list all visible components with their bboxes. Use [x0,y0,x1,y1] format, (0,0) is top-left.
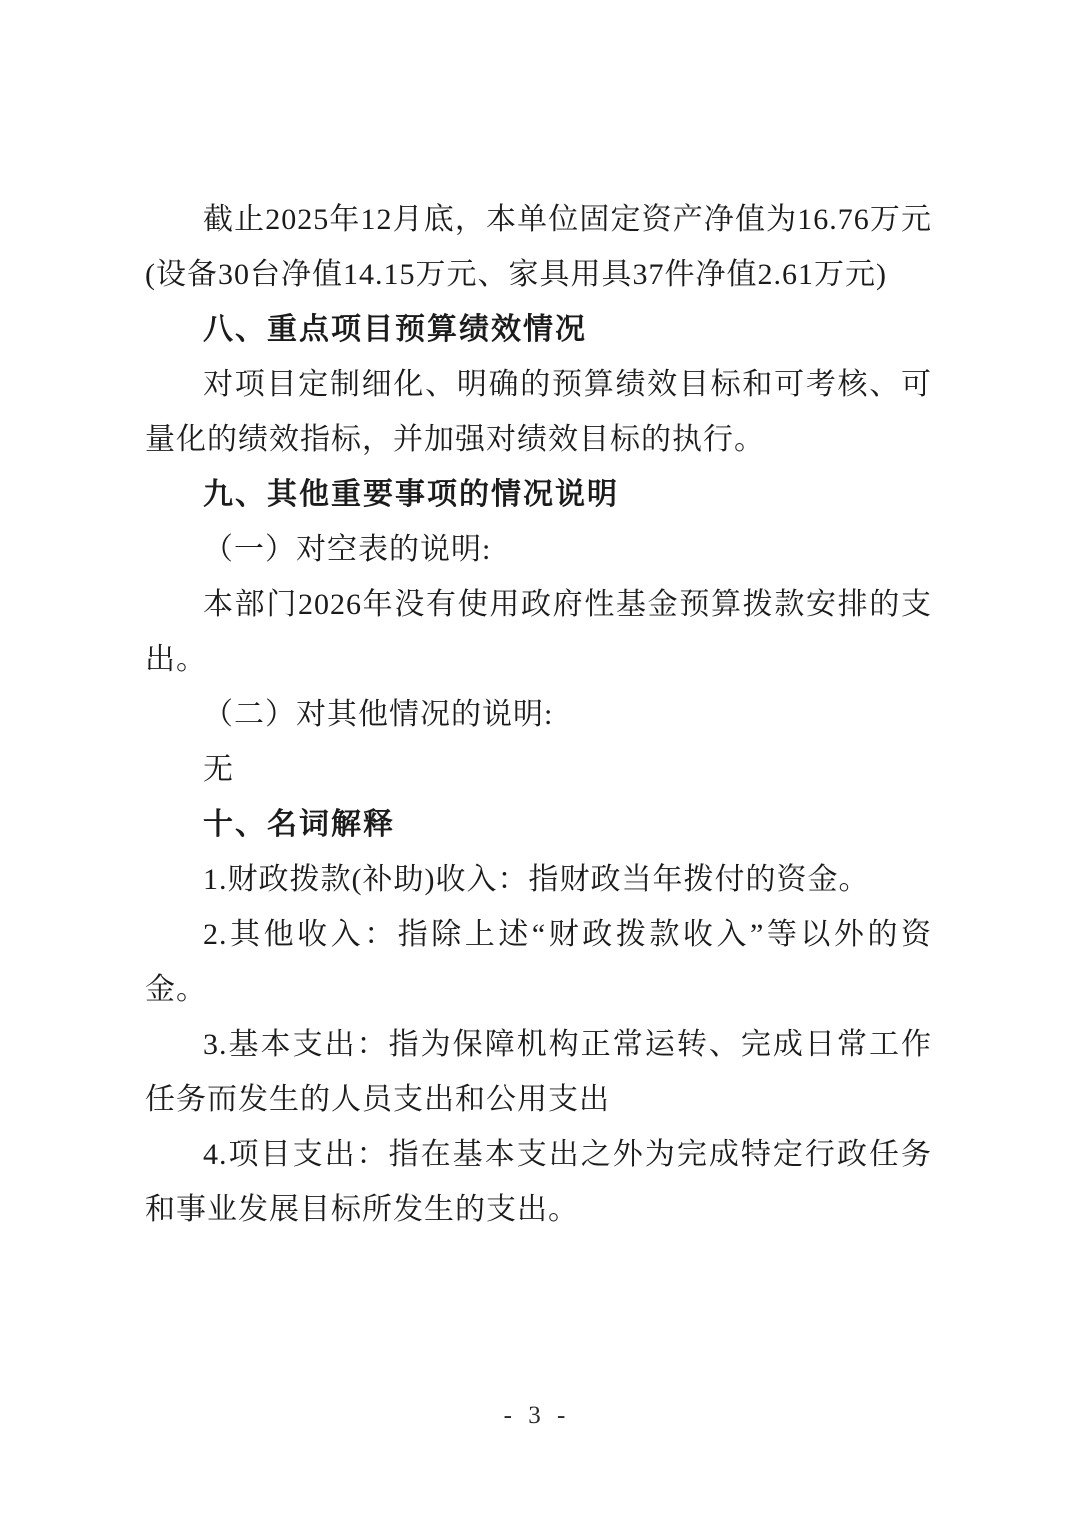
document-body: 截止2025年12月底，本单位固定资产净值为16.76万元(设备30台净值14.… [145,192,932,1237]
paragraph: 无 [145,742,932,797]
paragraph: （一）对空表的说明: [145,522,932,577]
paragraph: （二）对其他情况的说明: [145,687,932,742]
paragraph: 本部门2026年没有使用政府性基金预算拨款安排的支出。 [145,577,932,687]
document-page: 截止2025年12月底，本单位固定资产净值为16.76万元(设备30台净值14.… [0,0,1074,1520]
paragraph: 3.基本支出：指为保障机构正常运转、完成日常工作任务而发生的人员支出和公用支出 [145,1017,932,1127]
paragraph: 2.其他收入：指除上述“财政拨款收入”等以外的资金。 [145,907,932,1017]
paragraph: 1.财政拨款(补助)收入：指财政当年拨付的资金。 [145,852,932,907]
paragraph: 4.项目支出：指在基本支出之外为完成特定行政任务和事业发展目标所发生的支出。 [145,1127,932,1237]
section-heading: 九、其他重要事项的情况说明 [145,467,932,522]
paragraph: 截止2025年12月底，本单位固定资产净值为16.76万元(设备30台净值14.… [145,192,932,302]
section-heading: 十、名词解释 [145,797,932,852]
section-heading: 八、重点项目预算绩效情况 [145,302,932,357]
page-number: - 3 - [0,1402,1074,1430]
paragraph: 对项目定制细化、明确的预算绩效目标和可考核、可量化的绩效指标，并加强对绩效目标的… [145,357,932,467]
